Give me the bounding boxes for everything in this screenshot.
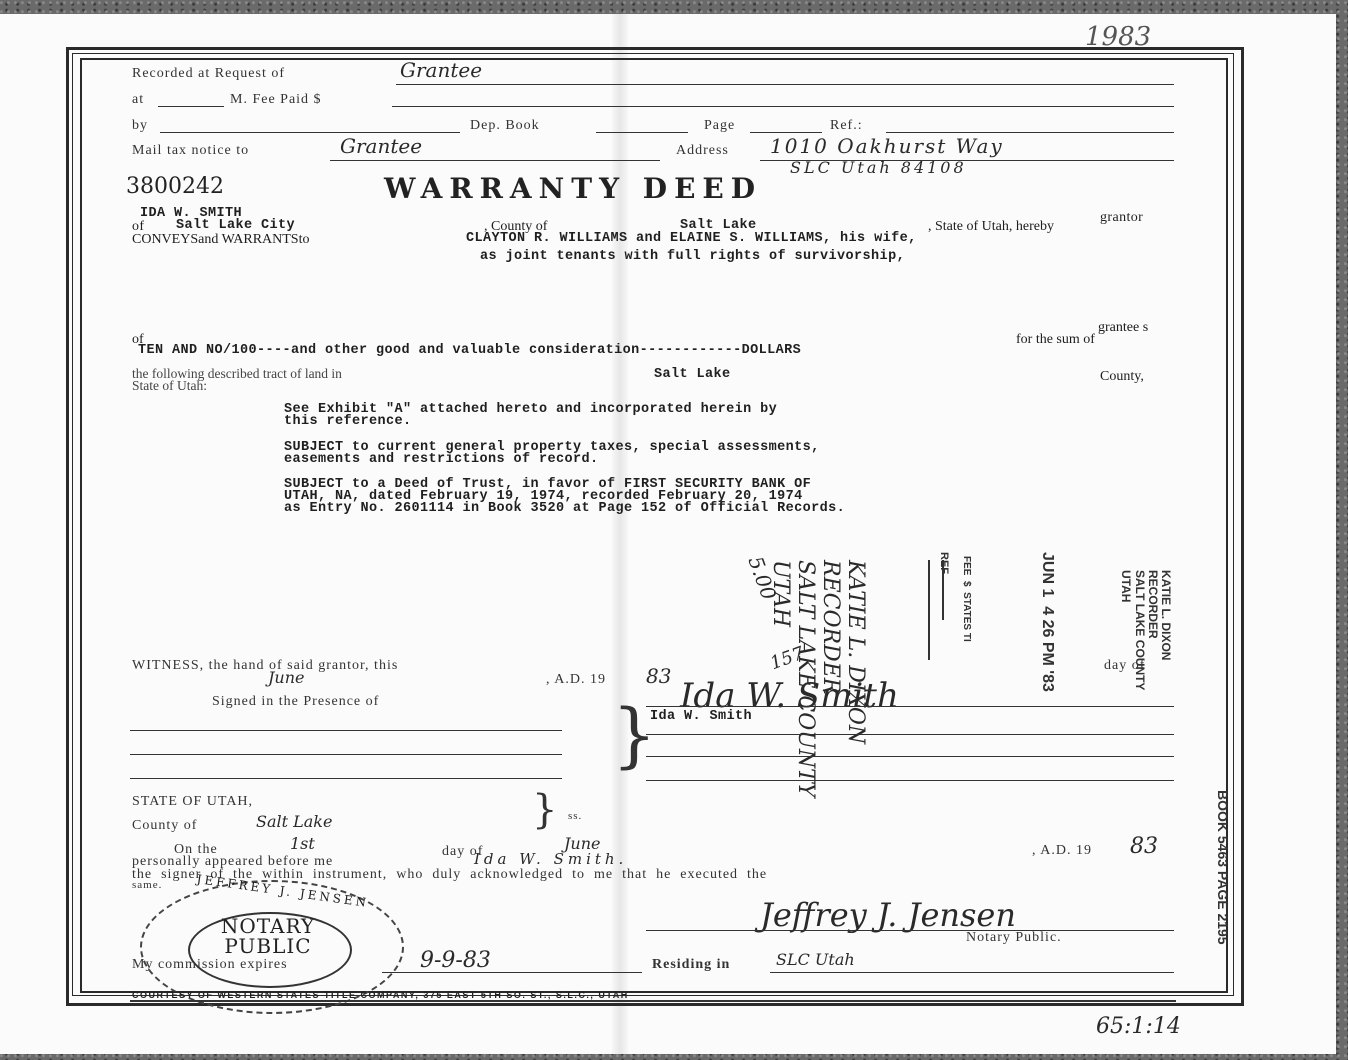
conveys-label: CONVEYSand WARRANTSto [132, 232, 309, 248]
consideration: TEN AND NO/100----and other good and val… [138, 343, 801, 358]
mail-tax-line [330, 160, 660, 161]
witness-line-3 [130, 778, 562, 779]
ref-line [886, 132, 1174, 133]
subject-taxes-paragraph: SUBJECT to current general property taxe… [284, 442, 820, 466]
grantor-city: Salt Lake City [176, 218, 295, 233]
page-title: WARRANTY DEED [384, 172, 762, 205]
commission-line [382, 972, 642, 973]
commission-value: 9-9-83 [420, 948, 491, 973]
address-line2: SLC Utah 84108 [790, 158, 967, 177]
grantor-label: grantor [1100, 210, 1143, 226]
exhibit-paragraph: See Exhibit "A" attached hereto and inco… [284, 404, 777, 428]
grantor-line-4 [646, 780, 1174, 781]
residing-label: Residing in [652, 957, 730, 973]
witness-month: June [268, 668, 305, 687]
ack-day: 1st [290, 834, 315, 853]
residing-value: SLC Utah [776, 950, 855, 969]
mail-tax-value: Grantee [340, 134, 422, 158]
entry-number: 3800242 [126, 174, 224, 199]
grantor-line-3 [646, 756, 1174, 757]
book-page-stamp: BOOK 5463 PAGE 2195 [1215, 790, 1230, 945]
grantees-label: grantee s [1098, 320, 1148, 336]
same-label: same. [132, 879, 162, 891]
notary-public-label: Notary Public. [966, 930, 1062, 946]
appeared-name: Ida W. Smith. [474, 850, 627, 868]
residing-line [770, 972, 1174, 973]
page-line [750, 132, 822, 133]
at-label: at [132, 92, 144, 108]
by-label: by [132, 118, 148, 134]
recorded-request-value: Grantee [400, 58, 482, 82]
at-line [158, 106, 224, 107]
grantor-typed-name: Ida W. Smith [650, 709, 752, 724]
notary-signature: Jeffrey J. Jensen [760, 896, 1016, 934]
tract-label-2: State of Utah: [132, 378, 207, 394]
recording-date-stamp: JUN 1 4 26 PM '83 [1038, 552, 1056, 692]
mail-tax-label: Mail tax notice to [132, 143, 249, 159]
address-label: Address [676, 143, 729, 159]
recorded-request-label: Recorded at Request of [132, 66, 285, 82]
ref-label: Ref.: [830, 118, 863, 134]
county-suffix: County, [1100, 369, 1144, 385]
recorded-request-line [396, 84, 1174, 85]
ack-ad-label: , A.D. 19 [1032, 843, 1092, 859]
state-of-utah: STATE OF UTAH, [132, 794, 253, 810]
bottom-handwritten-note: 65:1:14 [1096, 1014, 1181, 1039]
address-line1: 1010 Oakhurst Way [770, 134, 1004, 158]
county-of-ack-label: County of [132, 818, 197, 834]
ack-year: 83 [1130, 834, 1158, 859]
tract-county: Salt Lake [654, 367, 731, 382]
notary-signature-line [646, 930, 1174, 931]
deed-of-trust-paragraph: SUBJECT to a Deed of Trust, in favor of … [284, 479, 845, 515]
fee-stamp: FEE $ STATES TI [961, 556, 972, 642]
seal-center-text: NOTARY PUBLIC [188, 916, 348, 956]
witness-line-2 [130, 754, 562, 755]
state-hereby: , State of Utah, hereby [928, 219, 1054, 235]
footer-credit: COURTESY OF WESTERN STATES TITLE COMPANY… [132, 990, 629, 1000]
footer-rule [130, 1000, 1176, 1002]
dep-book-label: Dep. Book [470, 118, 540, 134]
fee-paid-label: M. Fee Paid $ [230, 92, 322, 108]
dep-book-line [596, 132, 688, 133]
by-line [160, 132, 460, 133]
fee-paid-line [392, 106, 1174, 107]
signed-presence: Signed in the Presence of [212, 694, 379, 710]
stamp-rule-2 [942, 560, 944, 620]
witness-ad-label: , A.D. 19 [546, 672, 606, 688]
witness-line-1 [130, 730, 562, 731]
grantees-names: CLAYTON R. WILLIAMS and ELAINE S. WILLIA… [466, 231, 917, 246]
stamp-rule-1 [928, 560, 930, 660]
page-label: Page [704, 118, 735, 134]
sum-label: for the sum of [1016, 332, 1095, 348]
witness-year: 83 [646, 664, 671, 688]
commission-label: My commission expires [132, 957, 288, 973]
county-of-ack-value: Salt Lake [256, 812, 332, 831]
ss-label: ss. [568, 810, 582, 822]
day-of-label: day of [1104, 658, 1145, 674]
witness-text: WITNESS, the hand of said grantor, this [132, 658, 398, 674]
grantor-line-2 [646, 734, 1174, 735]
grantor-signature-line [646, 706, 1174, 707]
tenancy: as joint tenants with full rights of sur… [480, 249, 905, 264]
ss-brace: } [532, 790, 557, 830]
